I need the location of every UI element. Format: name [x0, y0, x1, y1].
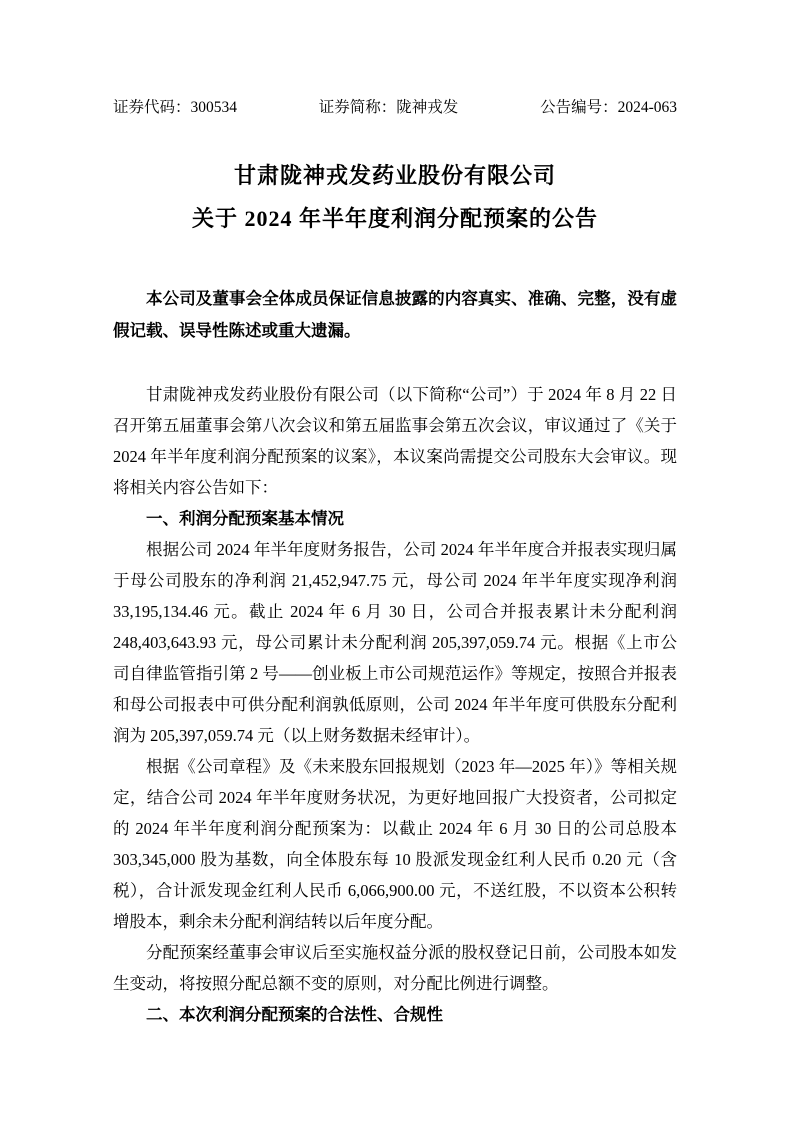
section-2-heading: 二、本次利润分配预案的合法性、合规性	[113, 999, 677, 1030]
section-1-paragraph-1: 根据公司 2024 年半年度财务报告，公司 2024 年半年度合并报表实现归属于…	[113, 534, 677, 751]
document-header: 证券代码：300534 证券简称：陇神戎发 公告编号：2024-063	[113, 97, 677, 119]
section-1-paragraph-2: 根据《公司章程》及《未来股东回报规划（2023 年—2025 年）》等相关规定，…	[113, 751, 677, 937]
section-1-paragraph-3: 分配预案经董事会审议后至实施权益分派的股权登记日前，公司股本如发生变动，将按照分…	[113, 937, 677, 999]
announcement-page: 证券代码：300534 证券简称：陇神戎发 公告编号：2024-063 甘肃陇神…	[0, 0, 793, 1122]
announcement-subject-title: 关于 2024 年半年度利润分配预案的公告	[113, 205, 677, 233]
disclaimer-paragraph: 本公司及董事会全体成员保证信息披露的内容真实、准确、完整，没有虚假记载、误导性陈…	[113, 283, 677, 346]
intro-paragraph: 甘肃陇神戎发药业股份有限公司（以下简称“公司”）于 2024 年 8 月 22 …	[113, 379, 677, 503]
announcement-number-label: 公告编号：2024-063	[540, 97, 677, 119]
company-name-title: 甘肃陇神戎发药业股份有限公司	[113, 162, 677, 190]
stock-short-name-label: 证券简称：陇神戎发	[319, 97, 459, 119]
section-1-heading: 一、利润分配预案基本情况	[113, 503, 677, 534]
stock-code-label: 证券代码：300534	[113, 97, 237, 119]
